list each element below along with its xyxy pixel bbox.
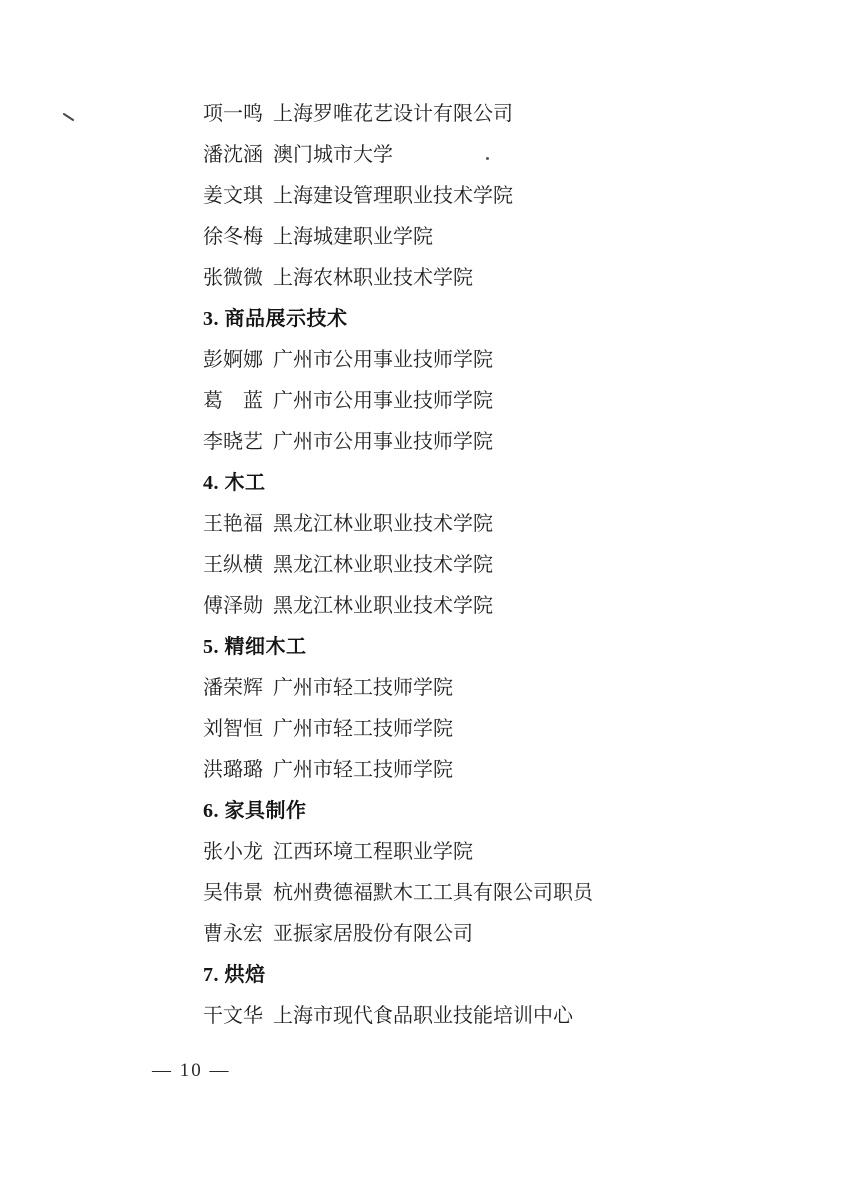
list-item: 葛 蓝 广州市公用事业技师学院 xyxy=(203,380,783,421)
person-org: 上海建设管理职业技术学院 xyxy=(273,186,513,206)
person-name: 洪璐璐 xyxy=(203,760,267,780)
document-page: 项一鸣 上海罗唯花艺设计有限公司 潘沈涵 澳门城市大学 姜文琪 上海建设管理职业… xyxy=(0,0,848,1200)
person-org: 广州市轻工技师学院 xyxy=(273,719,453,739)
person-org: 上海罗唯花艺设计有限公司 xyxy=(273,104,513,124)
pen-stroke-artifact xyxy=(63,113,75,122)
person-org: 广州市公用事业技师学院 xyxy=(273,391,493,411)
person-org: 亚振家居股份有限公司 xyxy=(273,924,473,944)
person-org: 上海农林职业技术学院 xyxy=(273,268,473,288)
person-org: 黑龙江林业职业技术学院 xyxy=(273,596,493,616)
person-org: 黑龙江林业职业技术学院 xyxy=(273,555,493,575)
person-name: 王纵横 xyxy=(203,555,267,575)
list-item: 彭婀娜 广州市公用事业技师学院 xyxy=(203,339,783,380)
person-name: 张小龙 xyxy=(203,842,267,862)
person-name: 姜文琪 xyxy=(203,186,267,206)
list-item: 张小龙 江西环境工程职业学院 xyxy=(203,831,783,872)
person-name: 傅泽勋 xyxy=(203,596,267,616)
list-item: 干文华 上海市现代食品职业技能培训中心 xyxy=(203,995,783,1036)
section-heading-4: 4. 木工 xyxy=(203,462,783,503)
list-item: 王纵横 黑龙江林业职业技术学院 xyxy=(203,544,783,585)
person-org: 上海城建职业学院 xyxy=(273,227,433,247)
person-name: 吴伟景 xyxy=(203,883,267,903)
person-org: 广州市轻工技师学院 xyxy=(273,760,453,780)
person-name: 潘沈涵 xyxy=(203,145,267,165)
list-item: 洪璐璐 广州市轻工技师学院 xyxy=(203,749,783,790)
list-item: 潘荣辉 广州市轻工技师学院 xyxy=(203,667,783,708)
person-org: 黑龙江林业职业技术学院 xyxy=(273,514,493,534)
list-item: 王艳福 黑龙江林业职业技术学院 xyxy=(203,503,783,544)
person-name: 张微微 xyxy=(203,268,267,288)
person-name: 潘荣辉 xyxy=(203,678,267,698)
section-heading-6: 6. 家具制作 xyxy=(203,790,783,831)
list-item: 张微微 上海农林职业技术学院 xyxy=(203,257,783,298)
person-name: 王艳福 xyxy=(203,514,267,534)
person-name: 项一鸣 xyxy=(203,104,267,124)
list-item: 傅泽勋 黑龙江林业职业技术学院 xyxy=(203,585,783,626)
section-heading-3: 3. 商品展示技术 xyxy=(203,298,783,339)
list-item: 潘沈涵 澳门城市大学 xyxy=(203,134,783,175)
person-org: 广州市公用事业技师学院 xyxy=(273,432,493,452)
person-name: 葛 蓝 xyxy=(203,391,267,411)
person-org: 广州市轻工技师学院 xyxy=(273,678,453,698)
person-org: 杭州费德福默木工工具有限公司职员 xyxy=(273,883,593,903)
award-list: 项一鸣 上海罗唯花艺设计有限公司 潘沈涵 澳门城市大学 姜文琪 上海建设管理职业… xyxy=(203,93,783,1036)
person-name: 彭婀娜 xyxy=(203,350,267,370)
person-org: 广州市公用事业技师学院 xyxy=(273,350,493,370)
list-item: 李晓艺 广州市公用事业技师学院 xyxy=(203,421,783,462)
person-name: 曹永宏 xyxy=(203,924,267,944)
page-number: — 10 — xyxy=(152,1060,231,1082)
person-name: 干文华 xyxy=(203,1006,267,1026)
list-item: 曹永宏 亚振家居股份有限公司 xyxy=(203,913,783,954)
section-heading-5: 5. 精细木工 xyxy=(203,626,783,667)
person-org: 澳门城市大学 xyxy=(273,145,393,165)
list-item: 刘智恒 广州市轻工技师学院 xyxy=(203,708,783,749)
list-item: 姜文琪 上海建设管理职业技术学院 xyxy=(203,175,783,216)
list-item: 吴伟景 杭州费德福默木工工具有限公司职员 xyxy=(203,872,783,913)
section-heading-7: 7. 烘焙 xyxy=(203,954,783,995)
list-item: 徐冬梅 上海城建职业学院 xyxy=(203,216,783,257)
person-org: 江西环境工程职业学院 xyxy=(273,842,473,862)
list-item: 项一鸣 上海罗唯花艺设计有限公司 xyxy=(203,93,783,134)
person-name: 刘智恒 xyxy=(203,719,267,739)
person-org: 上海市现代食品职业技能培训中心 xyxy=(273,1006,573,1026)
person-name: 李晓艺 xyxy=(203,432,267,452)
person-name: 徐冬梅 xyxy=(203,227,267,247)
